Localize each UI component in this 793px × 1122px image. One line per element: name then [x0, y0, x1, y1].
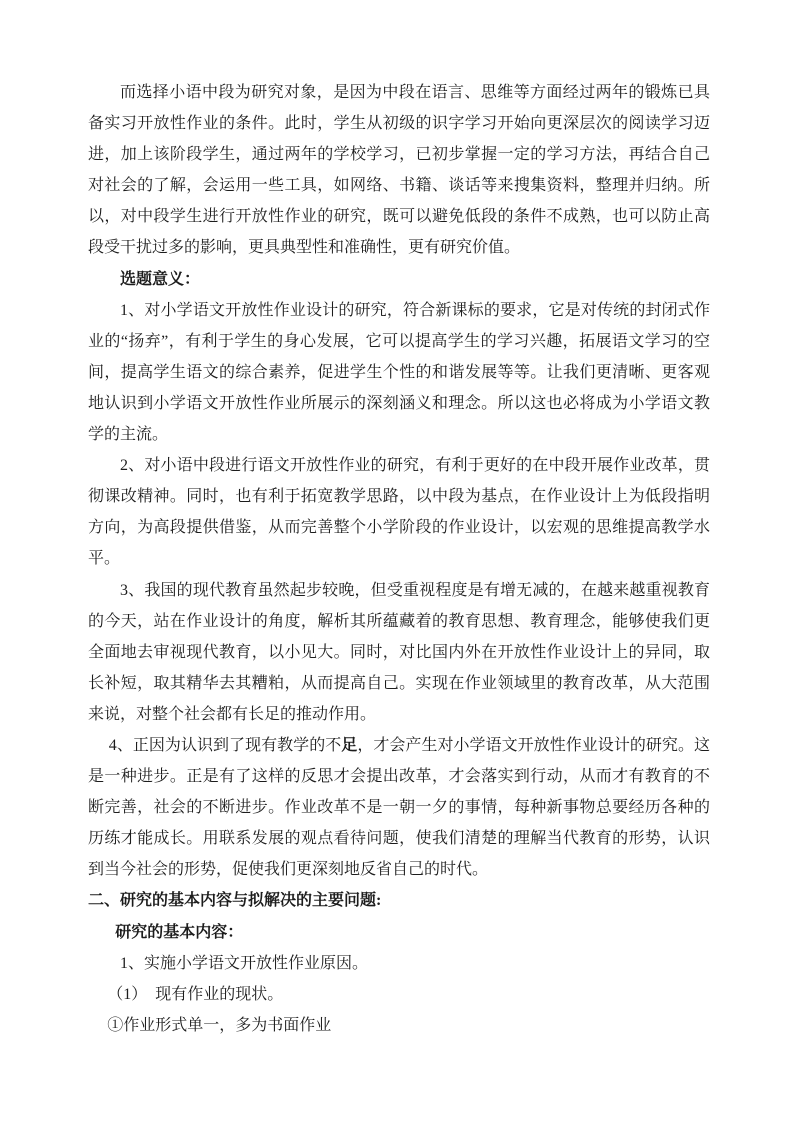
text-run: ①作业形式单一，多为书面作业	[107, 1017, 331, 1034]
text-run: 二、研究的基本内容与拟解决的主要问题:	[88, 892, 381, 909]
text-run: ，才会产生对小学语文开放性作业设计的研究。这是一种进步。正是有了这样的反思才会提…	[88, 737, 710, 878]
heading-topic-significance: 选题意义：	[88, 264, 710, 295]
para-significance-3: 3、我国的现代教育虽然起步较晚，但受重视程度是有增无减的，在越来越重视教育的今天…	[88, 575, 710, 730]
heading-section-2: 二、研究的基本内容与拟解决的主要问题:	[88, 885, 710, 916]
text-run: 而选择小语中段为研究对象，是因为中段在语言、思维等方面经过两年的锻炼已具备实习开…	[88, 84, 710, 256]
para-significance-2: 2、对小语中段进行语文开放性作业的研究，有利于更好的在中段开展作业改革，贯彻课改…	[88, 450, 710, 574]
text-run: 研究的基本内容：	[115, 924, 243, 941]
heading-basic-content: 研究的基本内容：	[88, 917, 710, 948]
text-run: 4、正因为认识到了现有教学的不	[109, 737, 341, 754]
text-run: 3、我国的现代教育虽然起步较晚，但受重视程度是有增无减的，在越来越重视教育的今天…	[88, 582, 710, 723]
text-run: 足	[341, 737, 357, 754]
text-run: 1、对小学语文开放性作业设计的研究，符合新课标的要求，它是对传统的封闭式作业的“…	[88, 302, 710, 443]
item-reason-1-1: （1） 现有作业的现状。	[88, 979, 710, 1010]
document-page: 而选择小语中段为研究对象，是因为中段在语言、思维等方面经过两年的锻炼已具备实习开…	[0, 0, 793, 1122]
para-significance-4: 4、正因为认识到了现有教学的不足，才会产生对小学语文开放性作业设计的研究。这是一…	[88, 730, 710, 885]
item-reason-1: 1、实施小学语文开放性作业原因。	[88, 948, 710, 979]
item-reason-circle-1: ①作业形式单一，多为书面作业	[88, 1010, 710, 1041]
text-run: （1） 现有作业的现状。	[107, 986, 283, 1003]
para-significance-1: 1、对小学语文开放性作业设计的研究，符合新课标的要求，它是对传统的封闭式作业的“…	[88, 295, 710, 450]
text-run: 1、实施小学语文开放性作业原因。	[120, 955, 368, 972]
document-text-block: 而选择小语中段为研究对象，是因为中段在语言、思维等方面经过两年的锻炼已具备实习开…	[88, 77, 710, 1041]
text-run: 2、对小语中段进行语文开放性作业的研究，有利于更好的在中段开展作业改革，贯彻课改…	[88, 457, 710, 567]
para-research-object: 而选择小语中段为研究对象，是因为中段在语言、思维等方面经过两年的锻炼已具备实习开…	[88, 77, 710, 264]
text-run: 选题意义：	[120, 271, 200, 288]
